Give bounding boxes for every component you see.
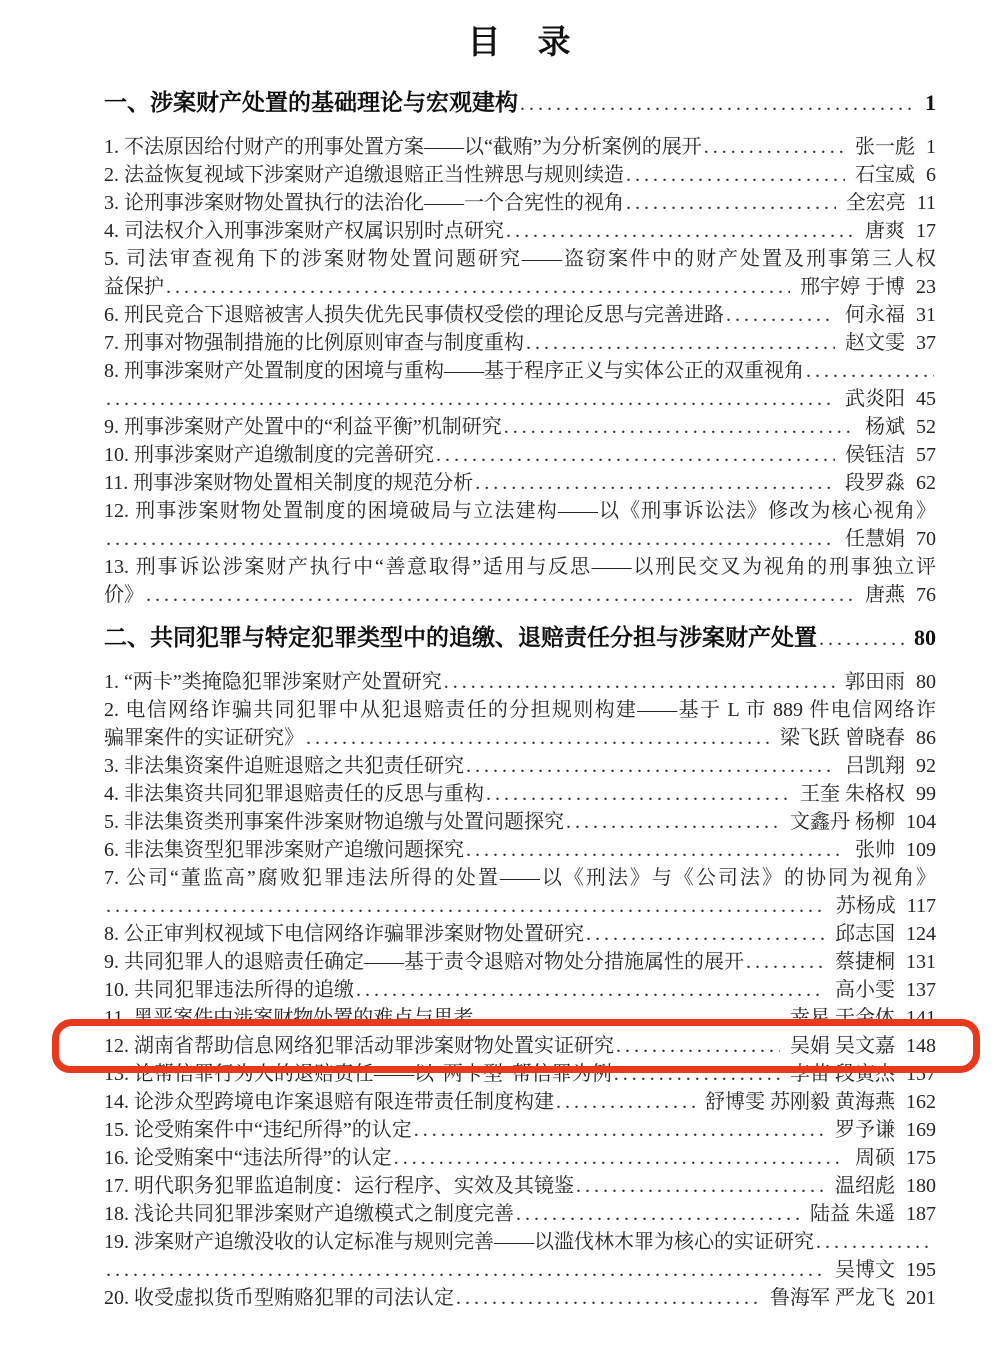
toc-entry: 3. 非法集资案件追赃退赔之共犯责任研究吕凯翔92 xyxy=(104,752,936,780)
entry-title: 9. 刑事涉案财产处置中的“利益平衡”机制研究 xyxy=(104,413,502,441)
entry-title: 3. 论刑事涉案财物处置执行的法治化——一个合宪性的视角 xyxy=(104,189,624,217)
entry-page-number: 86 xyxy=(916,724,936,752)
entry-title: 12. 湖南省帮助信息网络犯罪活动罪涉案财物处置实证研究 xyxy=(104,1032,614,1060)
toc-entry: 7. 刑事对物强制措施的比例原则审查与制度重构赵文雯37 xyxy=(104,329,936,357)
dot-leader xyxy=(306,724,770,752)
entry-title: 3. 非法集资案件追赃退赔之共犯责任研究 xyxy=(104,752,464,780)
entry-authors: 唐爽 xyxy=(865,217,905,245)
dot-leader xyxy=(106,385,835,413)
toc-entry: 7. 公司“董监高”腐败犯罪违法所得的处置——以《刑法》与《公司法》的协同为视角… xyxy=(104,864,936,920)
entry-title: 20. 收受虚拟货币型贿赂犯罪的司法认定 xyxy=(104,1284,454,1312)
entry-title: 4. 非法集资共同犯罪退赔责任的反思与重构 xyxy=(104,780,484,808)
dot-leader xyxy=(726,301,835,329)
entry-authors: 鲁海军 严龙飞 xyxy=(770,1284,895,1312)
toc-entry: 1. “两卡”类掩隐犯罪涉案财产处置研究郭田雨80 xyxy=(104,668,936,696)
entry-page-number: 148 xyxy=(906,1032,936,1060)
entry-page-number: 57 xyxy=(916,441,936,469)
toc-entry: 8. 刑事涉案财产处置制度的困境与重构——基于程序正义与实体公正的双重视角武炎阳… xyxy=(104,357,936,413)
dot-leader xyxy=(526,329,835,357)
entry-page-number: 45 xyxy=(916,385,936,413)
entry-authors: 高小雯 xyxy=(835,976,895,1004)
entry-page-number: 175 xyxy=(906,1144,936,1172)
dot-leader xyxy=(516,1200,800,1228)
entry-title: 12. 刑事涉案财物处置制度的困境破局与立法建构——以《刑事诉讼法》修改为核心视… xyxy=(104,497,936,525)
toc-entry: 6. 非法集资型犯罪涉案财产追缴问题探究张帅109 xyxy=(104,836,936,864)
toc-line: 苏杨成117 xyxy=(104,892,936,920)
dot-leader xyxy=(746,948,825,976)
entry-page-number: 201 xyxy=(906,1284,936,1312)
toc-line: 2. 电信网络诈骗共同犯罪中从犯退赔责任的分担规则构建——基于 L 市 889 … xyxy=(104,696,936,724)
toc-entry: 6. 刑民竞合下退赔被害人损失优先民事债权受偿的理论反思与完善进路何永福31 xyxy=(104,301,936,329)
entry-authors: 武炎阳 xyxy=(845,385,905,413)
toc-entry: 13. 论帮信罪行为人的退赔责任——以“两卡型”帮信罪为例李苗 段寅杰157 xyxy=(104,1060,936,1088)
toc-line: 6. 刑民竞合下退赔被害人损失优先民事债权受偿的理论反思与完善进路何永福31 xyxy=(104,301,936,329)
toc-line: 10. 共同犯罪违法所得的追缴高小雯137 xyxy=(104,976,936,1004)
toc-entry: 19. 涉案财产追缴没收的认定标准与规则完善——以滥伐林木罪为核心的实证研究吴博… xyxy=(104,1228,936,1284)
entry-authors: 罗予谦 xyxy=(835,1116,895,1144)
toc-entry: 2. 法益恢复视域下涉案财产追缴退赔正当性辨思与规则续造石宝威6 xyxy=(104,161,936,189)
dot-leader xyxy=(394,1144,845,1172)
toc-line: 13. 刑事诉讼涉案财产执行中“善意取得”适用与反思——以刑民交叉为视角的刑事独… xyxy=(104,553,936,581)
toc-line: 12. 湖南省帮助信息网络犯罪活动罪涉案财物处置实证研究吴娟 吴文嘉148 xyxy=(104,1032,936,1060)
dot-leader xyxy=(576,1172,825,1200)
entry-authors: 邢宇婷 于博 xyxy=(800,273,905,301)
dot-leader xyxy=(106,525,835,553)
toc-entry: 11. 刑事涉案财物处置相关制度的规范分析段罗淼62 xyxy=(104,469,936,497)
toc-line: 5. 司法审查视角下的涉案财物处置问题研究——盗窃案件中的财产处置及刑事第三人权 xyxy=(104,245,936,273)
entry-title: 4. 司法权介入刑事涉案财产权属识别时点研究 xyxy=(104,217,504,245)
entry-title: 1. “两卡”类掩隐犯罪涉案财产处置研究 xyxy=(104,668,442,696)
toc-entry: 5. 司法审查视角下的涉案财物处置问题研究——盗窃案件中的财产处置及刑事第三人权… xyxy=(104,245,936,301)
toc-entry: 5. 非法集资类刑事案件涉案财物追缴与处置问题探究文鑫丹 杨柳104 xyxy=(104,808,936,836)
dot-leader xyxy=(166,273,790,301)
toc-line: 8. 刑事涉案财产处置制度的困境与重构——基于程序正义与实体公正的双重视角 xyxy=(104,357,936,385)
entry-page-number: 169 xyxy=(906,1116,936,1144)
entry-title: 骗罪案件的实证研究》 xyxy=(104,724,304,752)
toc-line: 11. 黑恶案件中涉案财物处置的难点与思考幸星 于金体141 xyxy=(104,1004,936,1032)
section-heading: 一、涉案财产处置的基础理论与宏观建构1 xyxy=(104,86,936,120)
entry-page-number: 70 xyxy=(916,525,936,553)
toc-entry: 1. 不法原因给付财产的刑事处置方案——以“截贿”为分析案例的展开张一彪1 xyxy=(104,133,936,161)
entry-title: 益保护 xyxy=(104,273,164,301)
entry-page-number: 23 xyxy=(916,273,936,301)
entry-title: 6. 非法集资型犯罪涉案财产追缴问题探究 xyxy=(104,836,464,864)
toc-line: 价》唐燕76 xyxy=(104,581,936,609)
toc-entry: 18. 浅论共同犯罪涉案财产追缴模式之制度完善陆益 朱遥187 xyxy=(104,1200,936,1228)
toc-line: 3. 非法集资案件追赃退赔之共犯责任研究吕凯翔92 xyxy=(104,752,936,780)
toc-line: 7. 公司“董监高”腐败犯罪违法所得的处置——以《刑法》与《公司法》的协同为视角… xyxy=(104,864,936,892)
entry-title: 8. 公正审判权视域下电信网络诈骗罪涉案财物处置研究 xyxy=(104,920,584,948)
entry-title: 19. 涉案财产追缴没收的认定标准与规则完善——以滥伐林木罪为核心的实证研究 xyxy=(104,1228,814,1256)
entry-page-number: 52 xyxy=(916,413,936,441)
entry-title: 9. 共同犯罪人的退赔责任确定——基于责令退赔对物处分措施属性的展开 xyxy=(104,948,744,976)
toc-line: 11. 刑事涉案财物处置相关制度的规范分析段罗淼62 xyxy=(104,469,936,497)
toc-line: 1. 不法原因给付财产的刑事处置方案——以“截贿”为分析案例的展开张一彪1 xyxy=(104,133,936,161)
toc-line: 13. 论帮信罪行为人的退赔责任——以“两卡型”帮信罪为例李苗 段寅杰157 xyxy=(104,1060,936,1088)
entry-title: 价》 xyxy=(104,581,144,609)
entry-title: 1. 不法原因给付财产的刑事处置方案——以“截贿”为分析案例的展开 xyxy=(104,133,702,161)
dot-leader xyxy=(436,441,835,469)
entry-title: 5. 司法审查视角下的涉案财物处置问题研究——盗窃案件中的财产处置及刑事第三人权 xyxy=(104,245,936,273)
entry-authors: 苏杨成 xyxy=(836,892,896,920)
dot-leader xyxy=(146,581,855,609)
entry-page-number: 187 xyxy=(906,1200,936,1228)
entry-authors: 蔡捷桐 xyxy=(835,948,895,976)
section-page-number: 1 xyxy=(925,87,936,119)
toc-line: 2. 法益恢复视域下涉案财产追缴退赔正当性辨思与规则续造石宝威6 xyxy=(104,161,936,189)
entry-authors: 邱志国 xyxy=(835,920,895,948)
toc-line: 骗罪案件的实证研究》梁飞跃 曾晓春86 xyxy=(104,724,936,752)
entry-title: 7. 公司“董监高”腐败犯罪违法所得的处置——以《刑法》与《公司法》的协同为视角… xyxy=(104,864,936,892)
entry-title: 8. 刑事涉案财产处置制度的困境与重构——基于程序正义与实体公正的双重视角 xyxy=(104,357,804,385)
entry-page-number: 141 xyxy=(906,1004,936,1032)
entry-authors: 何永福 xyxy=(845,301,905,329)
dot-leader xyxy=(106,892,826,920)
toc-line: 益保护邢宇婷 于博23 xyxy=(104,273,936,301)
dot-leader xyxy=(414,1116,825,1144)
entry-title: 2. 法益恢复视域下涉案财产追缴退赔正当性辨思与规则续造 xyxy=(104,161,624,189)
toc-entry: 2. 电信网络诈骗共同犯罪中从犯退赔责任的分担规则构建——基于 L 市 889 … xyxy=(104,696,936,752)
toc-line: 9. 共同犯罪人的退赔责任确定——基于责令退赔对物处分措施属性的展开蔡捷桐131 xyxy=(104,948,936,976)
toc-entry: 4. 非法集资共同犯罪退赔责任的反思与重构王奎 朱格权99 xyxy=(104,780,936,808)
entry-title: 14. 论涉众型跨境电诈案退赔有限连带责任制度构建 xyxy=(104,1088,554,1116)
toc-line: 6. 非法集资型犯罪涉案财产追缴问题探究张帅109 xyxy=(104,836,936,864)
entry-page-number: 117 xyxy=(907,892,936,920)
toc-entry: 11. 黑恶案件中涉案财物处置的难点与思考幸星 于金体141 xyxy=(104,1004,936,1032)
entry-page-number: 62 xyxy=(916,469,936,497)
toc-line: 4. 司法权介入刑事涉案财产权属识别时点研究唐爽17 xyxy=(104,217,936,245)
toc-line: 19. 涉案财产追缴没收的认定标准与规则完善——以滥伐林木罪为核心的实证研究 xyxy=(104,1228,936,1256)
entry-authors: 张帅 xyxy=(855,836,895,864)
entry-authors: 梁飞跃 曾晓春 xyxy=(780,724,905,752)
entry-authors: 周硕 xyxy=(855,1144,895,1172)
entry-page-number: 180 xyxy=(906,1172,936,1200)
toc-entry: 8. 公正审判权视域下电信网络诈骗罪涉案财物处置研究邱志国124 xyxy=(104,920,936,948)
dot-leader xyxy=(614,1060,780,1088)
toc-line: 20. 收受虚拟货币型贿赂犯罪的司法认定鲁海军 严龙飞201 xyxy=(104,1284,936,1312)
toc-line: 武炎阳45 xyxy=(104,385,936,413)
dot-leader xyxy=(466,752,835,780)
entry-title: 10. 共同犯罪违法所得的追缴 xyxy=(104,976,354,1004)
dot-leader xyxy=(816,1228,934,1256)
entry-authors: 赵文雯 xyxy=(845,329,905,357)
entry-page-number: 157 xyxy=(906,1060,936,1088)
entry-title: 6. 刑民竞合下退赔被害人损失优先民事债权受偿的理论反思与完善进路 xyxy=(104,301,724,329)
entry-page-number: 37 xyxy=(916,329,936,357)
dot-leader xyxy=(556,1088,695,1116)
dot-leader xyxy=(504,413,855,441)
entry-page-number: 104 xyxy=(906,808,936,836)
toc-entry: 9. 刑事涉案财产处置中的“利益平衡”机制研究杨斌52 xyxy=(104,413,936,441)
entry-page-number: 137 xyxy=(906,976,936,1004)
entry-title: 13. 刑事诉讼涉案财产执行中“善意取得”适用与反思——以刑民交叉为视角的刑事独… xyxy=(104,553,936,581)
toc-entry: 20. 收受虚拟货币型贿赂犯罪的司法认定鲁海军 严龙飞201 xyxy=(104,1284,936,1312)
dot-leader xyxy=(806,357,934,385)
dot-leader xyxy=(626,189,836,217)
toc-entry: 16. 论受贿案中“违法所得”的认定周硕175 xyxy=(104,1144,936,1172)
dot-leader xyxy=(456,1284,760,1312)
entry-page-number: 109 xyxy=(906,836,936,864)
section-heading: 二、共同犯罪与特定犯罪类型中的追缴、退赔责任分担与涉案财产处置80 xyxy=(104,621,936,655)
toc-entry: 3. 论刑事涉案财物处置执行的法治化——一个合宪性的视角全宏亮11 xyxy=(104,189,936,217)
toc-entry: 12. 刑事涉案财物处置制度的困境破局与立法建构——以《刑事诉讼法》修改为核心视… xyxy=(104,497,936,553)
entry-title: 2. 电信网络诈骗共同犯罪中从犯退赔责任的分担规则构建——基于 L 市 889 … xyxy=(104,696,936,724)
entry-authors: 全宏亮 xyxy=(846,189,906,217)
entry-title: 11. 黑恶案件中涉案财物处置的难点与思考 xyxy=(104,1004,473,1032)
toc-entry: 10. 刑事涉案财产追缴制度的完善研究侯钰洁57 xyxy=(104,441,936,469)
toc-line: 任慧娟70 xyxy=(104,525,936,553)
entry-page-number: 162 xyxy=(906,1088,936,1116)
dot-leader xyxy=(819,623,904,655)
entry-title: 18. 浅论共同犯罪涉案财产追缴模式之制度完善 xyxy=(104,1200,514,1228)
entry-page-number: 99 xyxy=(916,780,936,808)
dot-leader xyxy=(356,976,825,1004)
entry-title: 17. 明代职务犯罪监追制度：运行程序、实效及其镜鉴 xyxy=(104,1172,574,1200)
toc-line: 7. 刑事对物强制措施的比例原则审查与制度重构赵文雯37 xyxy=(104,329,936,357)
toc-line: 16. 论受贿案中“违法所得”的认定周硕175 xyxy=(104,1144,936,1172)
section-page-number: 80 xyxy=(914,622,936,654)
toc-line: 17. 明代职务犯罪监追制度：运行程序、实效及其镜鉴温绍彪180 xyxy=(104,1172,936,1200)
toc-line: 5. 非法集资类刑事案件涉案财物追缴与处置问题探究文鑫丹 杨柳104 xyxy=(104,808,936,836)
entry-authors: 张一彪 xyxy=(855,133,915,161)
entry-page-number: 17 xyxy=(916,217,936,245)
dot-leader xyxy=(444,668,835,696)
dot-leader xyxy=(616,1032,780,1060)
toc-line: 18. 浅论共同犯罪涉案财产追缴模式之制度完善陆益 朱遥187 xyxy=(104,1200,936,1228)
entry-title: 5. 非法集资类刑事案件涉案财物追缴与处置问题探究 xyxy=(104,808,564,836)
toc-entry: 14. 论涉众型跨境电诈案退赔有限连带责任制度构建舒博雯 苏刚毅 黄海燕162 xyxy=(104,1088,936,1116)
entry-page-number: 31 xyxy=(916,301,936,329)
dot-leader xyxy=(475,469,835,497)
entry-page-number: 131 xyxy=(906,948,936,976)
toc-line: 9. 刑事涉案财产处置中的“利益平衡”机制研究杨斌52 xyxy=(104,413,936,441)
entry-page-number: 6 xyxy=(926,161,936,189)
entry-title: 11. 刑事涉案财物处置相关制度的规范分析 xyxy=(104,469,473,497)
dot-leader xyxy=(520,88,915,120)
dot-leader xyxy=(626,161,845,189)
entry-title: 16. 论受贿案中“违法所得”的认定 xyxy=(104,1144,392,1172)
entry-authors: 吴娟 吴文嘉 xyxy=(790,1032,895,1060)
toc-line: 15. 论受贿案件中“违纪所得”的认定罗予谦169 xyxy=(104,1116,936,1144)
entry-authors: 舒博雯 苏刚毅 黄海燕 xyxy=(705,1088,895,1116)
entry-authors: 任慧娟 xyxy=(845,525,905,553)
entry-page-number: 76 xyxy=(916,581,936,609)
toc-list: 一、涉案财产处置的基础理论与宏观建构11. 不法原因给付财产的刑事处置方案——以… xyxy=(104,86,936,1312)
section-heading-text: 一、涉案财产处置的基础理论与宏观建构 xyxy=(104,86,518,118)
toc-entry: 13. 刑事诉讼涉案财产执行中“善意取得”适用与反思——以刑民交叉为视角的刑事独… xyxy=(104,553,936,609)
entry-authors: 王奎 朱格权 xyxy=(800,780,905,808)
dot-leader xyxy=(106,1256,825,1284)
entry-page-number: 92 xyxy=(916,752,936,780)
entry-authors: 温绍彪 xyxy=(835,1172,895,1200)
entry-authors: 吴博文 xyxy=(835,1256,895,1284)
dot-leader xyxy=(466,836,845,864)
entry-title: 10. 刑事涉案财产追缴制度的完善研究 xyxy=(104,441,434,469)
dot-leader xyxy=(506,217,855,245)
toc-entry: 15. 论受贿案件中“违纪所得”的认定罗予谦169 xyxy=(104,1116,936,1144)
section-heading-text: 二、共同犯罪与特定犯罪类型中的追缴、退赔责任分担与涉案财产处置 xyxy=(104,621,817,653)
entry-authors: 幸星 于金体 xyxy=(790,1004,895,1032)
entry-authors: 侯钰洁 xyxy=(845,441,905,469)
entry-authors: 杨斌 xyxy=(865,413,905,441)
toc-entry: 9. 共同犯罪人的退赔责任确定——基于责令退赔对物处分措施属性的展开蔡捷桐131 xyxy=(104,948,936,976)
entry-title: 7. 刑事对物强制措施的比例原则审查与制度重构 xyxy=(104,329,524,357)
entry-authors: 李苗 段寅杰 xyxy=(790,1060,895,1088)
toc-line: 10. 刑事涉案财产追缴制度的完善研究侯钰洁57 xyxy=(104,441,936,469)
dot-leader xyxy=(486,780,790,808)
toc-entry: 4. 司法权介入刑事涉案财产权属识别时点研究唐爽17 xyxy=(104,217,936,245)
toc-line: 3. 论刑事涉案财物处置执行的法治化——一个合宪性的视角全宏亮11 xyxy=(104,189,936,217)
toc-entry: 10. 共同犯罪违法所得的追缴高小雯137 xyxy=(104,976,936,1004)
entry-title: 13. 论帮信罪行为人的退赔责任——以“两卡型”帮信罪为例 xyxy=(104,1060,612,1088)
entry-page-number: 80 xyxy=(916,668,936,696)
toc-entry: 12. 湖南省帮助信息网络犯罪活动罪涉案财物处置实证研究吴娟 吴文嘉148 xyxy=(104,1032,936,1060)
toc-line: 8. 公正审判权视域下电信网络诈骗罪涉案财物处置研究邱志国124 xyxy=(104,920,936,948)
entry-page-number: 195 xyxy=(906,1256,936,1284)
toc-line: 1. “两卡”类掩隐犯罪涉案财产处置研究郭田雨80 xyxy=(104,668,936,696)
toc-line: 14. 论涉众型跨境电诈案退赔有限连带责任制度构建舒博雯 苏刚毅 黄海燕162 xyxy=(104,1088,936,1116)
toc-line: 吴博文195 xyxy=(104,1256,936,1284)
entry-title: 15. 论受贿案件中“违纪所得”的认定 xyxy=(104,1116,412,1144)
dot-leader xyxy=(475,1004,780,1032)
entry-authors: 文鑫丹 杨柳 xyxy=(790,808,895,836)
entry-authors: 郭田雨 xyxy=(845,668,905,696)
dot-leader xyxy=(704,133,845,161)
toc-page: 目 录 一、涉案财产处置的基础理论与宏观建构11. 不法原因给付财产的刑事处置方… xyxy=(0,0,1000,1366)
entry-authors: 段罗淼 xyxy=(845,469,905,497)
toc-line: 12. 刑事涉案财物处置制度的困境破局与立法建构——以《刑事诉讼法》修改为核心视… xyxy=(104,497,936,525)
dot-leader xyxy=(586,920,825,948)
entry-page-number: 11 xyxy=(917,189,936,217)
dot-leader xyxy=(566,808,780,836)
entry-page-number: 124 xyxy=(906,920,936,948)
page-title: 目 录 xyxy=(104,20,936,64)
entry-authors: 唐燕 xyxy=(865,581,905,609)
toc-line: 4. 非法集资共同犯罪退赔责任的反思与重构王奎 朱格权99 xyxy=(104,780,936,808)
entry-authors: 石宝威 xyxy=(855,161,915,189)
entry-authors: 吕凯翔 xyxy=(845,752,905,780)
entry-authors: 陆益 朱遥 xyxy=(810,1200,895,1228)
toc-entry: 17. 明代职务犯罪监追制度：运行程序、实效及其镜鉴温绍彪180 xyxy=(104,1172,936,1200)
entry-page-number: 1 xyxy=(926,133,936,161)
